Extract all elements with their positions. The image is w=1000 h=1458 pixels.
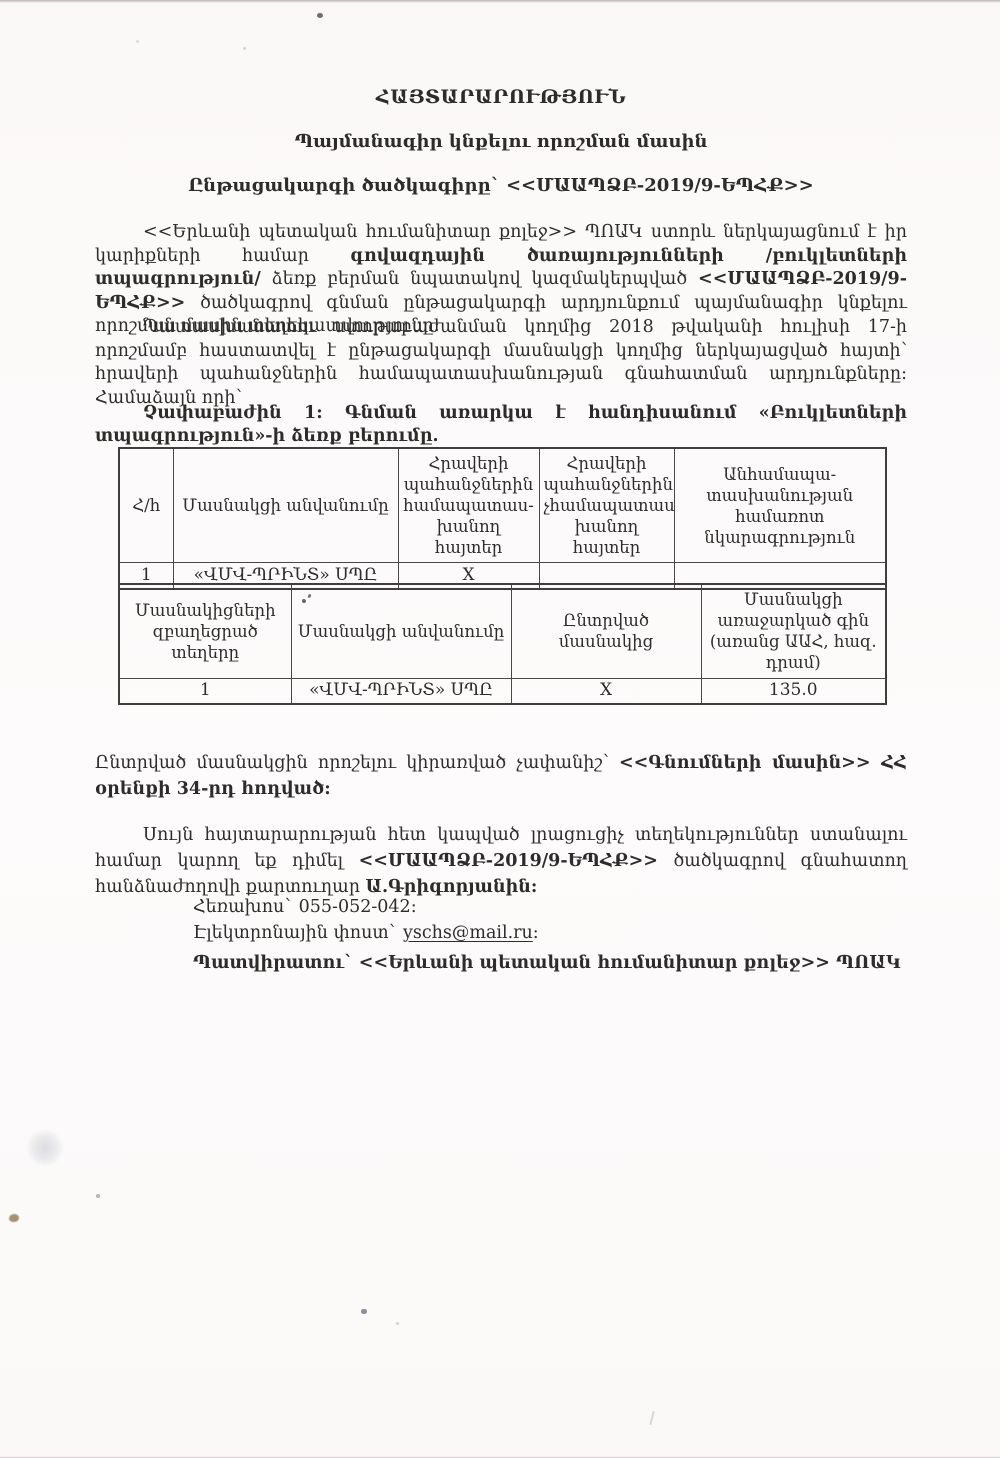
col-header-offered-price: Մասնակցի առաջարկած գին (առանց ԱԱՀ, հազ. …	[701, 584, 886, 678]
email-label: Էլեկտրոնային փոստ`	[193, 923, 403, 943]
email-line: Էլեկտրոնային փոստ` yschs@mail.ru:	[95, 922, 907, 946]
phone-number: 055-052-042:	[299, 897, 417, 917]
scanned-document-page: ՀԱՅՏԱՐԱՐՈՒԹՅՈՒՆ Պայմանագիր կնքելու որոշմ…	[0, 0, 1000, 1458]
col-header-rank: Մասնակիցների զբաղեցրած տեղերը	[119, 584, 291, 678]
scan-speck-top	[317, 13, 323, 18]
selection-criterion-paragraph: Ընտրված մասնակցին որոշելու կիրառված չափա…	[95, 750, 907, 802]
cell-participant-name: «ՎՄՎ-ՊՐԻՆՏ» ՍՊԸ	[291, 678, 511, 704]
additional-info-paragraph: Սույն հայտարարության հետ կապված լրացուցի…	[95, 822, 907, 900]
evaluation-decision-paragraph: Պատասխանատու ստորաբաժանման կողմից 2018 թ…	[95, 316, 907, 410]
procedure-code-line: Ընթացակարգի ծածկագիրը` <<ՄԱԱՊՁԲ-2019/9-Ե…	[95, 175, 907, 196]
scan-edge-top	[0, 0, 1000, 3]
col-header-participant-name: Մասնակցի անվանումը	[173, 448, 398, 563]
scan-smudge	[26, 1128, 64, 1168]
scan-speck	[361, 1309, 367, 1314]
email-address: yschs@mail.ru	[403, 923, 533, 943]
col-header-index: Հ/հ	[119, 448, 173, 563]
cell-offered-price: 135.0	[701, 678, 886, 704]
cell-selected-mark: X	[511, 678, 701, 704]
col-header-noncompliant-bids: Հրավերի պահանջներին չհամապատաս-խանող հայ…	[539, 448, 674, 563]
scan-speck	[136, 40, 139, 43]
scan-scratch	[649, 1411, 654, 1425]
lot-description-paragraph: Չափաբաժին 1: Գնման առարկա է հանդիսանում …	[95, 402, 907, 448]
table-header-row: Հ/հ Մասնակցի անվանումը Հրավերի պահանջներ…	[119, 448, 886, 563]
procedure-code-bold: <<ՄԱԱՊՁԲ-2019/9-ԵՊՀՔ>>	[359, 851, 658, 871]
criterion-text: Ընտրված մասնակցին որոշելու կիրառված չափա…	[95, 753, 619, 773]
table-row: 1 «ՎՄՎ-ՊՐԻՆՏ» ՍՊԸ X 135.0	[119, 678, 886, 704]
col-header-noncompliance-description: Անհամապա-տասխանության համառոտ նկարագրութ…	[674, 448, 886, 563]
col-header-selected-participant: Ընտրված մասնակից	[511, 584, 701, 678]
scan-speck-brown	[9, 1214, 19, 1222]
document-title: ՀԱՅՏԱՐԱՐՈՒԹՅՈՒՆ	[95, 86, 907, 108]
scan-speck	[243, 47, 246, 50]
col-header-participant-name: Մասնակցի անվանումը	[291, 584, 511, 678]
intro-text-2: ձեռք բերման նպատակով կազմակերպված	[261, 269, 698, 289]
scan-speck	[396, 1322, 399, 1325]
customer-line: Պատվիրատու` <<Երևանի պետական հումանիտար …	[95, 952, 907, 976]
scan-speck	[96, 1194, 100, 1198]
phone-line: Հեռախոս` 055-052-042:	[95, 896, 907, 920]
bid-compliance-table: Հ/հ Մասնակցի անվանումը Հրավերի պահանջներ…	[118, 447, 887, 590]
selected-participant-table: Մասնակիցների զբաղեցրած տեղերը Մասնակցի ա…	[118, 583, 887, 705]
cell-rank: 1	[119, 678, 291, 704]
document-subtitle: Պայմանագիր կնքելու որոշման մասին	[95, 131, 907, 152]
table-header-row: Մասնակիցների զբաղեցրած տեղերը Մասնակցի ա…	[119, 584, 886, 678]
phone-label: Հեռախոս`	[193, 897, 299, 917]
secretary-name-bold: Ա.Գրիգորյանին:	[366, 877, 538, 897]
col-header-compliant-bids: Հրավերի պահանջներին համապատաս-խանող հայտ…	[398, 448, 539, 563]
email-suffix: :	[533, 923, 539, 943]
